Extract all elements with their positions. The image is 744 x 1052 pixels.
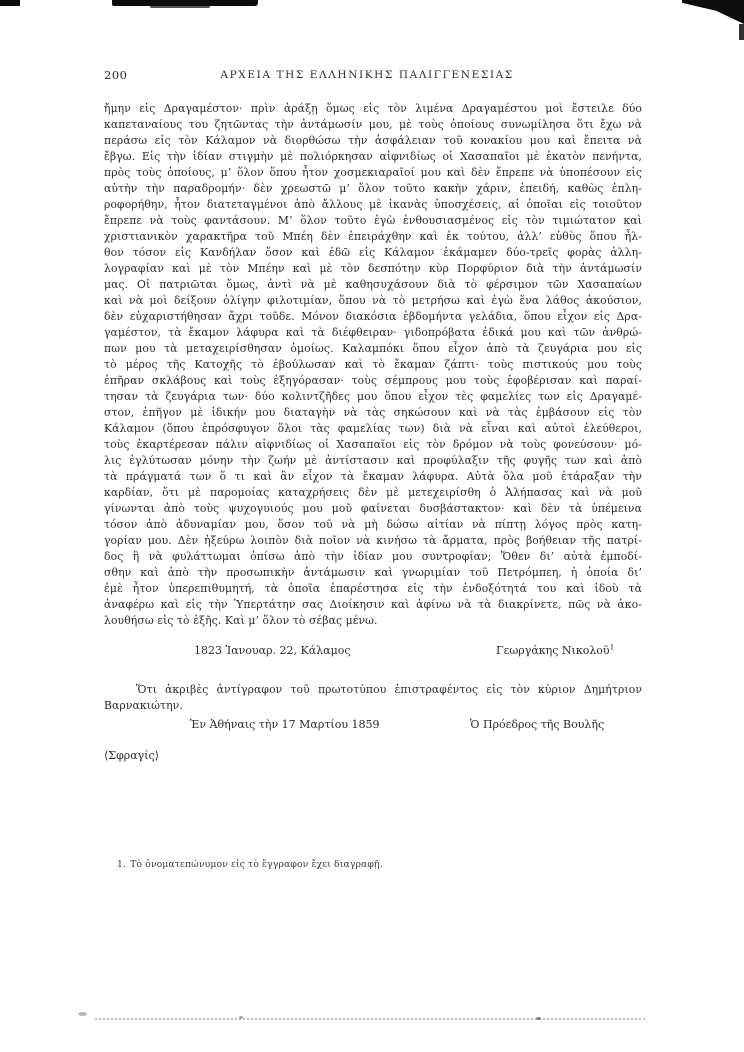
text-line: χριστιανικὸν χαρακτῆρα τοῦ Μπέη δὲν ἐπει…	[104, 229, 642, 245]
text-line: δὲν εὐχαριστήθησαν ἄχρι τοῦδε. Μόνον δια…	[104, 309, 642, 325]
text-line: περάσω εἰς τὸν Κάλαμον νὰ διορθώσω τὴν ἀ…	[104, 133, 642, 149]
signature: Γεωργάκης Νικολοῦ1	[496, 644, 614, 657]
attestation-row: Ἐν Ἀθήναις τὴν 17 Μαρτίου 1859 Ὁ Πρόεδρο…	[104, 718, 642, 734]
text-line: Ὅτι ἀκριβὲς ἀντίγραφον τοῦ πρωτοτύπου ἐπ…	[104, 682, 642, 698]
text-line: ἔπρεπε νὰ τοὺς φαντάσουν. Μ’ ὅλον τοῦτο …	[104, 213, 642, 229]
text-line: καπεταναίους του ζητῶντας τὴν ἀντάμωσίν …	[104, 117, 642, 133]
text-line: αὐτὴν τὴν παραδρομήν· δὲν χρεωστῶ μ’ ὅλο…	[104, 181, 642, 197]
text-line: ἤμην εἰς Δραγαμέστον· πρὶν ἀράξῃ ὅμως εἰ…	[104, 101, 642, 117]
attestation-official-title: Ὁ Πρόεδρος τῆς Βουλῆς	[470, 718, 604, 731]
scan-artifact-speck	[536, 1017, 541, 1020]
text-line: τόσον ἀπὸ ἀδυναμίαν μου, ὅσον τοῦ νὰ μὴ …	[104, 517, 642, 533]
text-line: λουθήσω εἰς τὸ ἑξῆς. Καὶ μ’ ὅλον τὸ σέβα…	[104, 613, 642, 629]
footnote-reference-mark: 1	[610, 642, 615, 651]
text-line: στον, ἐπῆγον μὲ ἰδικήν μου διαταγὴν νὰ τ…	[104, 405, 642, 421]
seal-notation: ⟨Σφραγίς⟩	[104, 749, 159, 762]
text-line: μας. Οἱ πατριῶται ὅμως, ἀντὶ νὰ μὲ καθησ…	[104, 277, 642, 293]
attestation-place-date: Ἐν Ἀθήναις τὴν 17 Μαρτίου 1859	[190, 718, 380, 731]
text-line: λις ἐγλύτωσαν μόνην τὴν ζωήν μὲ ἀντίστασ…	[104, 453, 642, 469]
text-line: τὸ μέρος τῆς Κατοχῆς τὸ ἐβούλωσαν καὶ τὸ…	[104, 357, 642, 373]
text-line: γαμέστον, τὰ ἔκαμον λάφυρα καὶ τὰ διέφθε…	[104, 325, 642, 341]
footnote: 1.Τὸ ὀνοματεπώνυμον εἰς τὸ ἔγγραφον ἔχει…	[117, 859, 383, 870]
text-line: Βαρνακιώτην.	[104, 698, 642, 714]
document-body-text: ἤμην εἰς Δραγαμέστον· πρὶν ἀράξῃ ὅμως εἰ…	[104, 101, 642, 629]
text-line: ἐπῆραν σκλάβους καὶ τοὺς ἐξηγόρασαν· τοὺ…	[104, 373, 642, 389]
text-line: ἐμὲ ἦτον ὑπερεπιθυμητή, τὰ ὁποῖα ἐπαρέστ…	[104, 581, 642, 597]
footnote-text: Τὸ ὀνοματεπώνυμον εἰς τὸ ἔγγραφον ἔχει δ…	[130, 859, 383, 870]
text-line: τοὺς ἐκαρτέρεσαν πάλιν αἰφνιδίως οἱ Χασα…	[104, 437, 642, 453]
text-line: καὶ νὰ μοὶ δείξουν ὀλίγην φιλοτιμίαν, ὅπ…	[104, 293, 642, 309]
scan-artifact-bottom-dotted-line	[95, 1018, 645, 1020]
scan-artifact-top-left	[0, 0, 20, 6]
footnote-number: 1.	[117, 859, 126, 870]
text-line: θον τόσον εἰς Κανδήλαν ὅσον καὶ ἐδῶ εἰς …	[104, 245, 642, 261]
text-line: Κάλαμον (ὅπου ἐπρόσφυγον ὅλοι τὰς φαμελί…	[104, 421, 642, 437]
scan-artifact-right-edge	[739, 24, 744, 40]
page-number: 200	[104, 68, 127, 82]
dateline-date-place: 1823 Ἰανουαρ. 22, Κάλαμος	[194, 644, 351, 657]
text-line: γίνωνται ἀπὸ τοὺς ψυχογυιούς μου μοῦ φαί…	[104, 501, 642, 517]
certification-paragraph: Ὅτι ἀκριβὲς ἀντίγραφον τοῦ πρωτοτύπου ἐπ…	[104, 682, 642, 714]
scan-artifact-top-right-corner	[682, 0, 744, 24]
text-line: πων μου τὰ μεταχειρίσθησαν ὁμοίως. Καλαμ…	[104, 341, 642, 357]
dateline-row: 1823 Ἰανουαρ. 22, Κάλαμος Γεωργάκης Νικο…	[104, 644, 642, 660]
text-line: πρὸς τοὺς ὁποίους, μ’ ὅλον ὅπου ἦτον χοσ…	[104, 165, 642, 181]
text-line: ἀναφέρω καὶ εἰς τὴν Ὑπερτάτην σας Διοίκη…	[104, 597, 642, 613]
text-line: γορίαν μου. Δὲν ἠξεύρω λοιπὸν διὰ ποῖον …	[104, 533, 642, 549]
text-line: καρδίαν, ὅτι μὲ παρομοίας καταχρήσεις δὲ…	[104, 485, 642, 501]
text-line: τησαν τὰ ζευγάρια των· δύο κολιντζῆδες μ…	[104, 389, 642, 405]
text-line: σθην καὶ ἀπὸ τὴν προσωπικὴν ἀντάμωσιν κα…	[104, 565, 642, 581]
scan-artifact-top-bar-smudge	[150, 5, 210, 8]
scan-artifact-speck	[78, 1012, 87, 1016]
text-line: ροφορήθην, ἦτον διατεταγμένοι ἀπὸ ἄλλους…	[104, 197, 642, 213]
scanned-book-page: 200 ΑΡΧΕΙΑ ΤΗΣ ΕΛΛΗΝΙΚΗΣ ΠΑΛΙΓΓΕΝΕΣΙΑΣ ἤ…	[0, 0, 744, 1052]
scan-artifact-speck	[239, 1016, 243, 1019]
text-line: τὰ πράγματά των ὅ τι καὶ ἂν εἶχον τὰ ἔκα…	[104, 469, 642, 485]
text-line: δος ἢ νὰ φυλάττωμαι ὀπίσω ἀπὸ τὴν ἰδίαν …	[104, 549, 642, 565]
page-header: 200 ΑΡΧΕΙΑ ΤΗΣ ΕΛΛΗΝΙΚΗΣ ΠΑΛΙΓΓΕΝΕΣΙΑΣ	[104, 68, 642, 86]
text-line: ἔβγω. Εἰς τὴν ἰδίαν στιγμὴν μὲ πολιόρκησ…	[104, 149, 642, 165]
text-line: λογραφίαν καὶ μὲ τὸν Μπέην καὶ μὲ τὸν δε…	[104, 261, 642, 277]
signature-name: Γεωργάκης Νικολοῦ	[496, 644, 610, 657]
running-title: ΑΡΧΕΙΑ ΤΗΣ ΕΛΛΗΝΙΚΗΣ ΠΑΛΙΓΓΕΝΕΣΙΑΣ	[220, 69, 513, 81]
